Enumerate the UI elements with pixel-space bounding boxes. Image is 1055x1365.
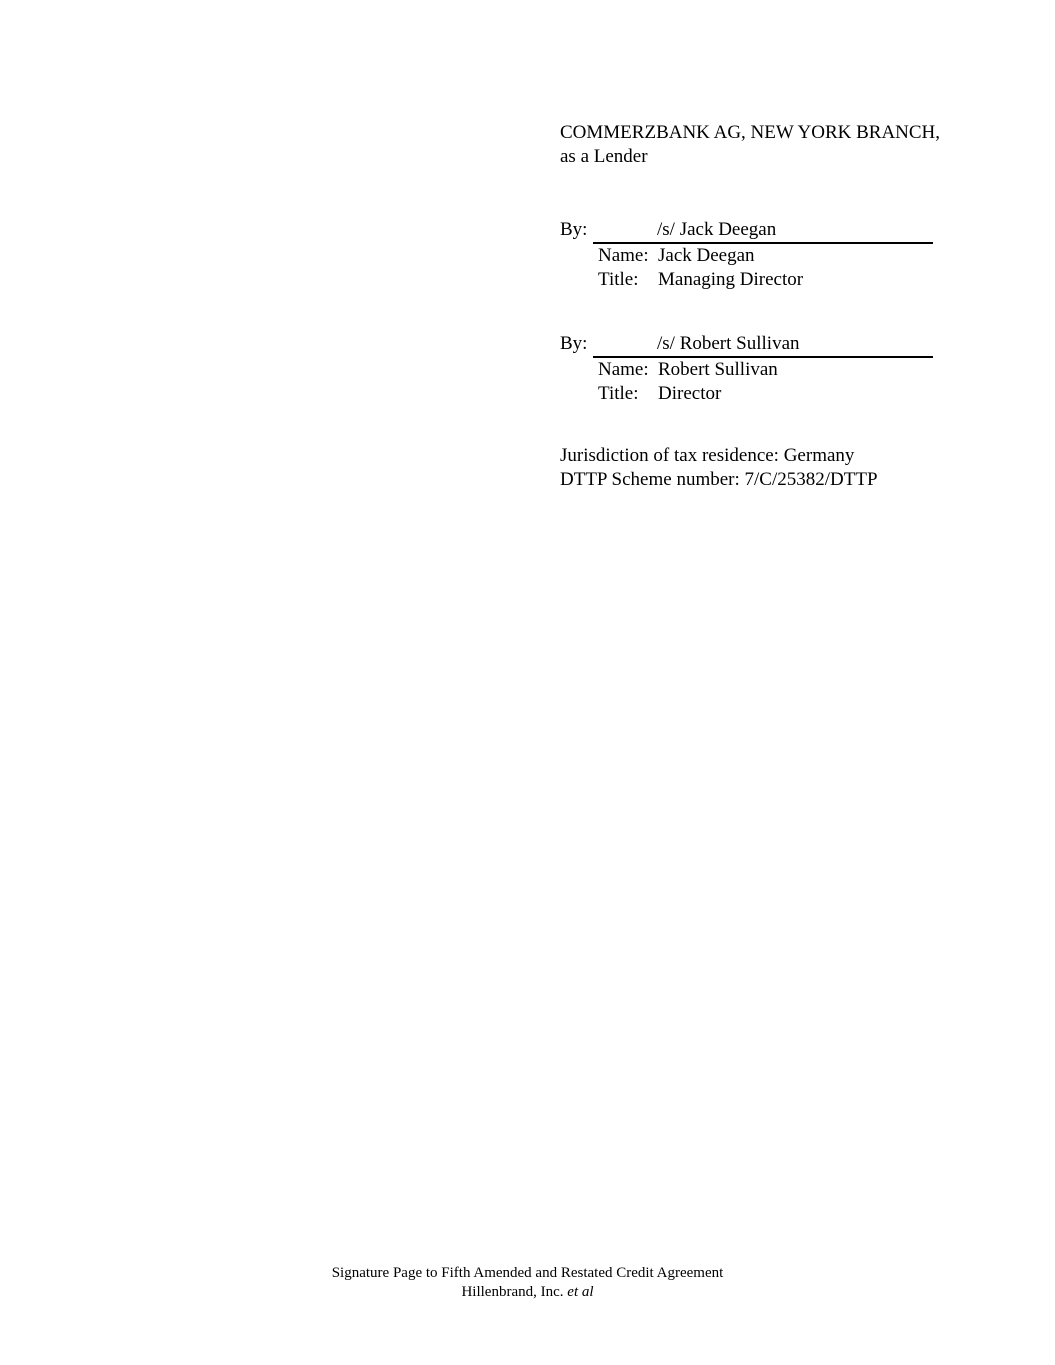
name-line: Name:Robert Sullivan bbox=[560, 358, 1000, 382]
signature-text: /s/ Jack Deegan bbox=[657, 219, 776, 240]
by-label: By: bbox=[560, 332, 593, 356]
tax-info-block: Jurisdiction of tax residence: Germany D… bbox=[560, 444, 1000, 492]
by-line: By:/s/ Jack Deegan bbox=[560, 218, 1000, 244]
name-value: Jack Deegan bbox=[658, 245, 755, 266]
footer-et-al: et al bbox=[567, 1284, 593, 1300]
footer-company-line: Hillenbrand, Inc.et al bbox=[0, 1283, 1055, 1302]
title-value: Managing Director bbox=[658, 269, 803, 290]
document-page: COMMERZBANK AG, NEW YORK BRANCH, as a Le… bbox=[0, 0, 1055, 1365]
title-label: Title: bbox=[598, 268, 658, 292]
name-label: Name: bbox=[598, 244, 658, 268]
signature-block: By:/s/ Jack Deegan Name:Jack Deegan Titl… bbox=[560, 218, 1000, 292]
by-line: By:/s/ Robert Sullivan bbox=[560, 332, 1000, 358]
signature-underline: /s/ Jack Deegan bbox=[593, 218, 933, 244]
title-label: Title: bbox=[598, 382, 658, 406]
name-label: Name: bbox=[598, 358, 658, 382]
title-line: Title:Managing Director bbox=[560, 268, 1000, 292]
page-footer: Signature Page to Fifth Amended and Rest… bbox=[0, 1264, 1055, 1302]
name-value: Robert Sullivan bbox=[658, 359, 778, 380]
title-value: Director bbox=[658, 383, 721, 404]
tax-jurisdiction-line: Jurisdiction of tax residence: Germany bbox=[560, 444, 1000, 468]
footer-agreement-line: Signature Page to Fifth Amended and Rest… bbox=[0, 1264, 1055, 1283]
party-header: COMMERZBANK AG, NEW YORK BRANCH, as a Le… bbox=[560, 121, 1000, 169]
by-label: By: bbox=[560, 218, 593, 242]
signature-underline: /s/ Robert Sullivan bbox=[593, 332, 933, 358]
dttp-scheme-line: DTTP Scheme number: 7/C/25382/DTTP bbox=[560, 468, 1000, 492]
signature-content-column: COMMERZBANK AG, NEW YORK BRANCH, as a Le… bbox=[560, 121, 1000, 492]
party-name: COMMERZBANK AG, NEW YORK BRANCH, bbox=[560, 121, 1000, 145]
footer-company-name: Hillenbrand, Inc. bbox=[461, 1284, 563, 1300]
signature-block: By:/s/ Robert Sullivan Name:Robert Sulli… bbox=[560, 332, 1000, 406]
name-line: Name:Jack Deegan bbox=[560, 244, 1000, 268]
signature-text: /s/ Robert Sullivan bbox=[657, 333, 800, 354]
party-role: as a Lender bbox=[560, 145, 1000, 169]
title-line: Title:Director bbox=[560, 382, 1000, 406]
